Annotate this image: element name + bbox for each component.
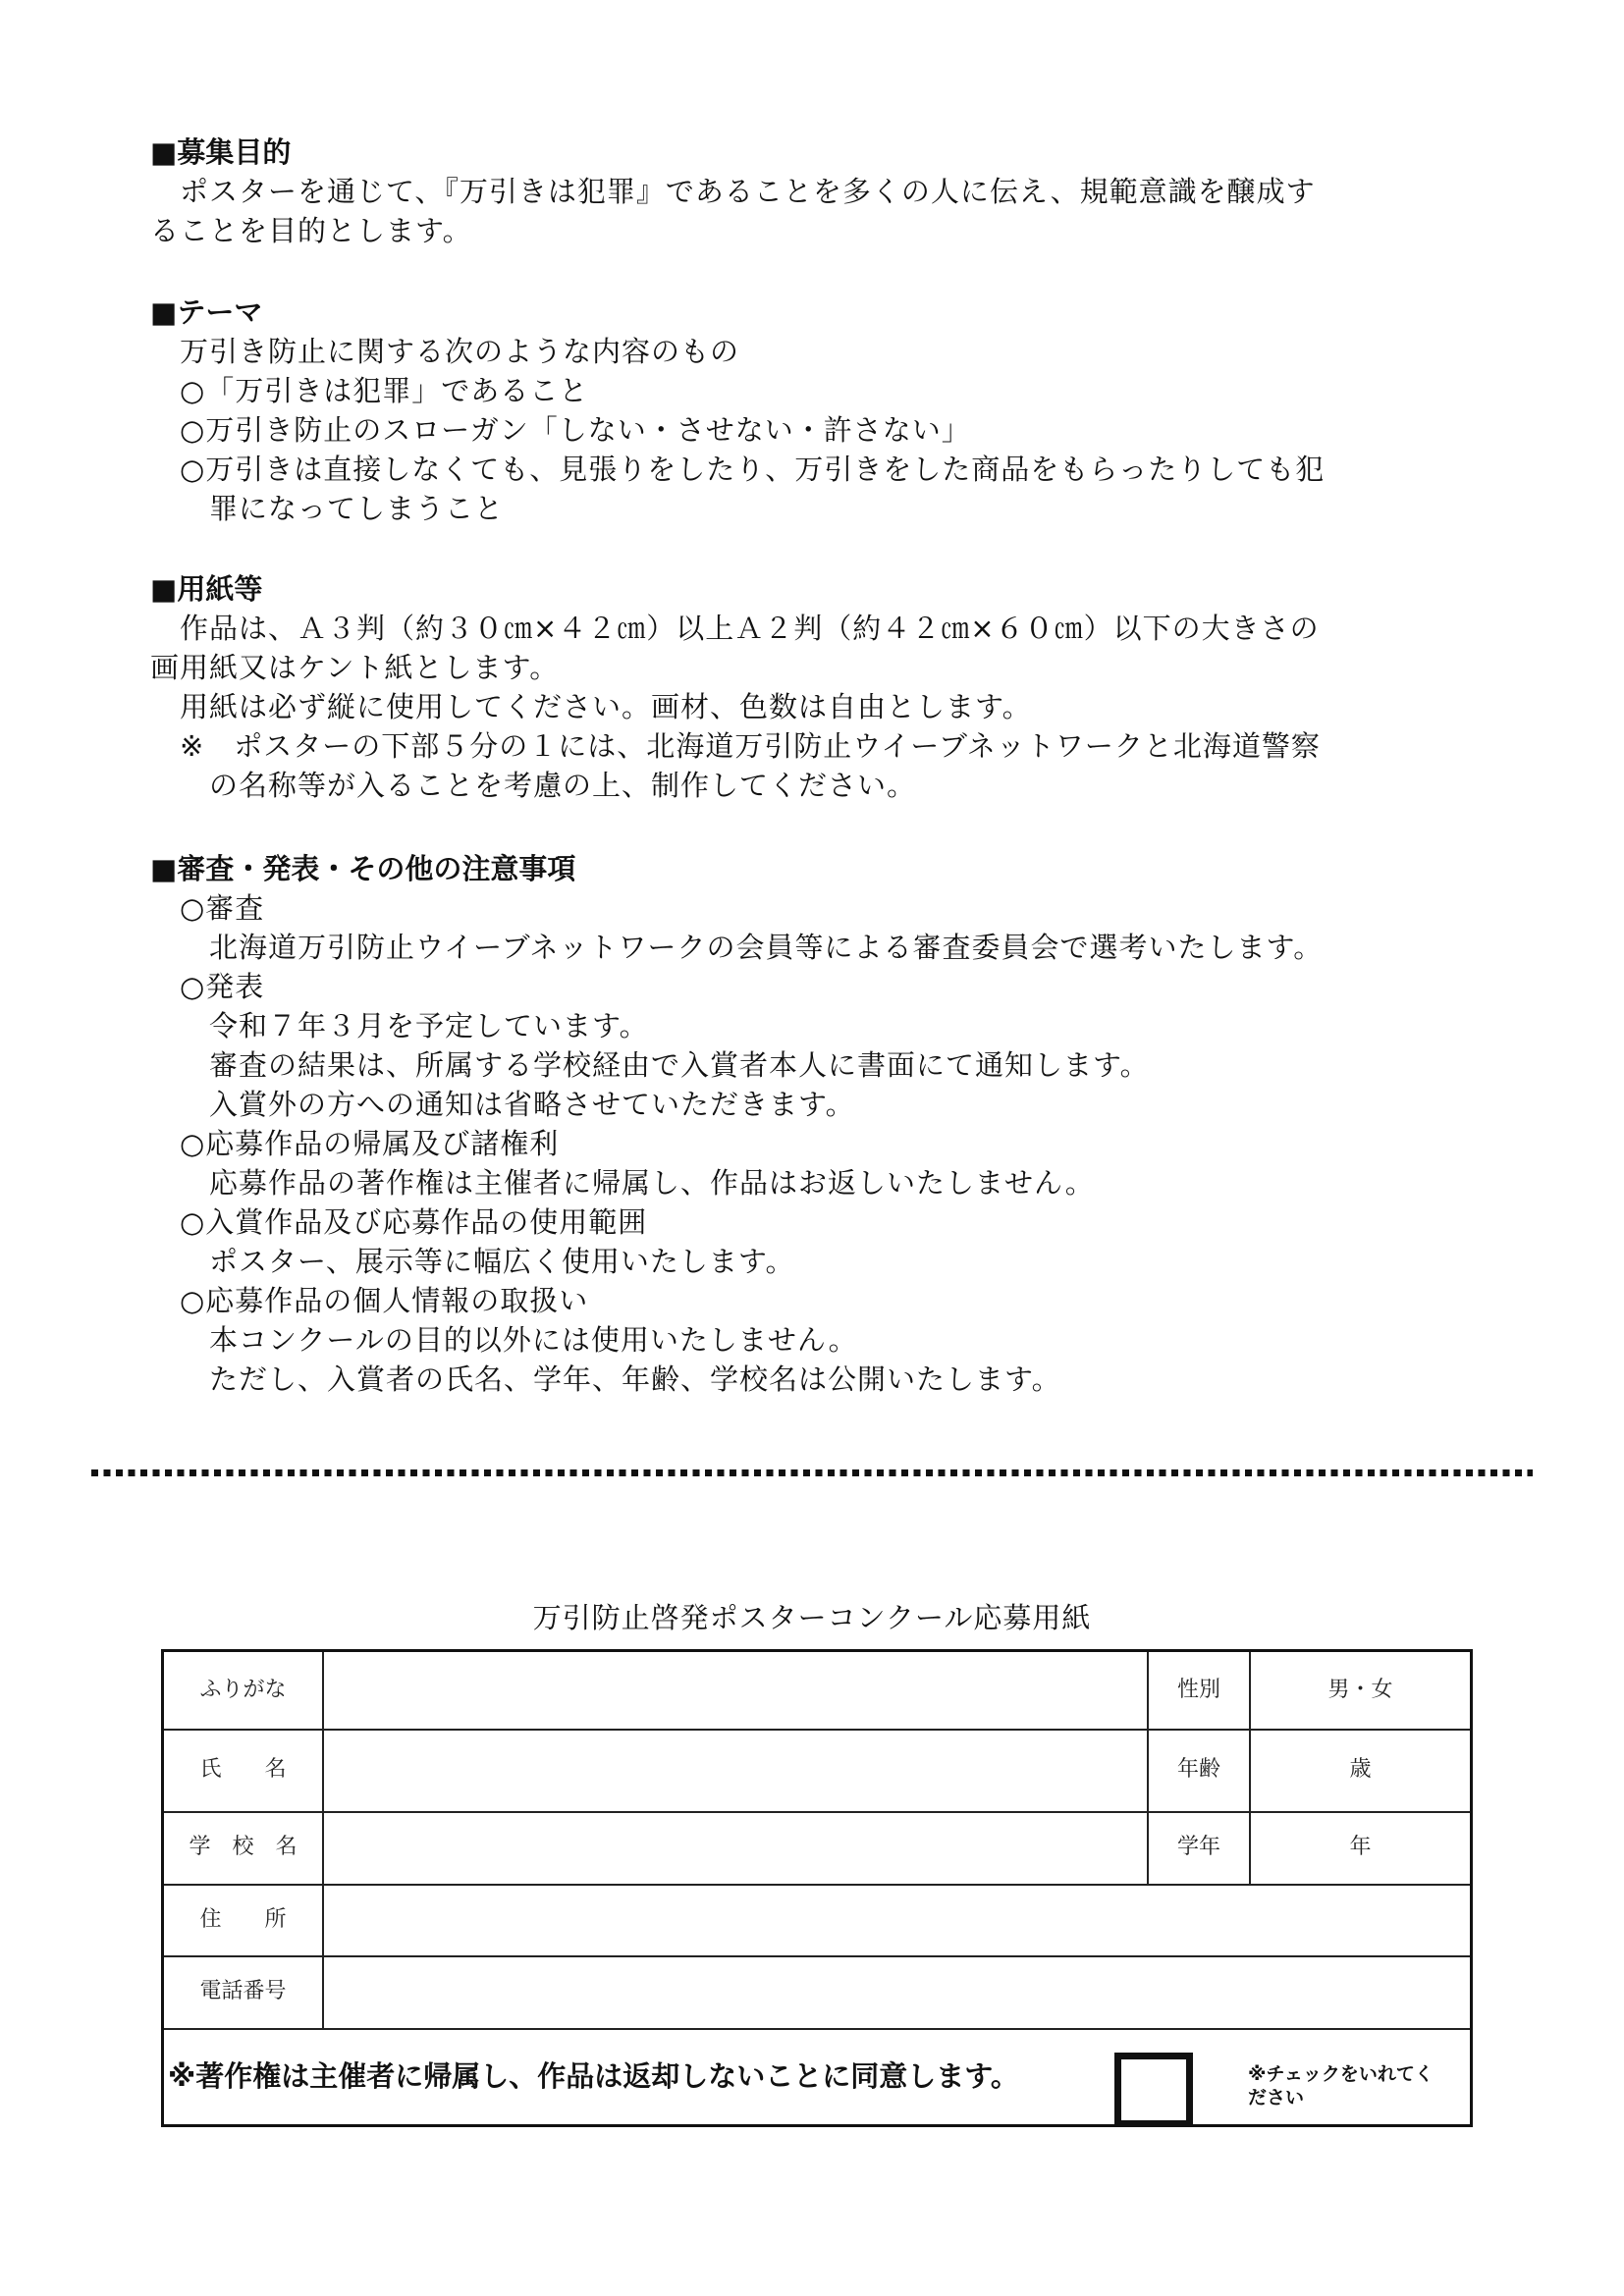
heading-purpose: ■募集目的 <box>150 133 291 172</box>
cut-line-divider <box>91 1469 1533 1476</box>
age-field[interactable]: 歳 <box>1251 1757 1470 1783</box>
heading-paper: ■用紙等 <box>150 569 262 609</box>
review-line-13: ただし、入賞者の氏名、学年、年齢、学校名は公開いたします。 <box>150 1360 1061 1399</box>
address-field[interactable] <box>324 1886 1470 1955</box>
school-field[interactable] <box>324 1813 1147 1884</box>
review-line-8: 応募作品の著作権は主催者に帰属し、作品はお返しいたしません。 <box>150 1163 1095 1202</box>
review-line-5: 審査の結果は、所属する学校経由で入賞者本人に書面にて通知します。 <box>150 1045 1150 1085</box>
theme-line-1: 万引き防止に関する次のような内容のもの <box>150 332 739 371</box>
paper-line-4: ※ ポスターの下部５分の１には、北海道万引防止ウイーブネットワークと北海道警察 <box>150 726 1321 766</box>
label-furigana: ふりがな <box>164 1678 322 1703</box>
review-line-6: 入賞外の方への通知は省略させていただきます。 <box>150 1085 855 1124</box>
furigana-field[interactable] <box>324 1652 1147 1729</box>
paper-line-2: 画用紙又はケント紙とします。 <box>150 648 559 687</box>
purpose-line-1: ポスターを通じて、『万引きは犯罪』であることを多くの人に伝え、規範意識を醸成す <box>150 172 1316 211</box>
review-line-3: ○発表 <box>150 967 264 1006</box>
phone-field[interactable] <box>324 1957 1470 2028</box>
label-address: 住 所 <box>164 1907 322 1933</box>
label-name: 氏 名 <box>164 1757 322 1783</box>
label-grade: 学年 <box>1149 1835 1249 1860</box>
label-age: 年齢 <box>1149 1757 1249 1783</box>
review-line-11: ○応募作品の個人情報の取扱い <box>150 1281 588 1320</box>
purpose-line-2: ることを目的とします。 <box>150 211 472 250</box>
check-note-line-1: ※チェックをいれてく <box>1248 2062 1434 2086</box>
document-page: ■募集目的 ポスターを通じて、『万引きは犯罪』であることを多くの人に伝え、規範意… <box>0 0 1624 2296</box>
review-line-2: 北海道万引防止ウイーブネットワークの会員等による審査委員会で選考いたします。 <box>150 928 1323 967</box>
paper-line-3: 用紙は必ず縦に使用してください。画材、色数は自由とします。 <box>150 687 1032 726</box>
name-field[interactable] <box>324 1731 1147 1811</box>
theme-line-2: ○「万引きは犯罪」であること <box>150 371 588 410</box>
label-phone: 電話番号 <box>164 1979 322 2004</box>
form-title: 万引防止啓発ポスターコンクール応募用紙 <box>0 1598 1624 1637</box>
theme-line-5: 罪になってしまうこと <box>150 489 504 528</box>
heading-review: ■審査・発表・その他の注意事項 <box>150 849 575 888</box>
review-line-7: ○応募作品の帰属及び諸権利 <box>150 1124 559 1163</box>
theme-line-4: ○万引きは直接しなくても、見張りをしたり、万引きをした商品をもらったりしても犯 <box>150 450 1325 489</box>
theme-line-3: ○万引き防止のスローガン「しない・させない・許さない」 <box>150 410 971 450</box>
review-line-1: ○審査 <box>150 888 264 928</box>
grade-field[interactable]: 年 <box>1251 1835 1470 1860</box>
paper-line-5: の名称等が入ることを考慮の上、制作してください。 <box>150 766 916 805</box>
gender-options[interactable]: 男・女 <box>1251 1678 1470 1703</box>
row-divider <box>164 2028 1470 2030</box>
entry-form-table: ふりがな 性別 男・女 氏 名 年齢 歳 学 校 名 学年 年 住 所 電話番号… <box>161 1649 1473 2127</box>
review-line-9: ○入賞作品及び応募作品の使用範囲 <box>150 1202 647 1242</box>
label-gender: 性別 <box>1149 1678 1249 1703</box>
review-line-12: 本コンクールの目的以外には使用いたしません。 <box>150 1320 858 1360</box>
copyright-agreement-text: ※著作権は主催者に帰属し、作品は返却しないことに同意します。 <box>168 2056 1019 2096</box>
heading-theme: ■テーマ <box>150 293 262 332</box>
review-line-4: 令和７年３月を予定しています。 <box>150 1006 649 1045</box>
label-school: 学 校 名 <box>164 1835 322 1860</box>
agreement-checkbox[interactable] <box>1114 2053 1193 2127</box>
paper-line-1: 作品は、Ａ３判（約３０㎝×４２㎝）以上Ａ２判（約４２㎝×６０㎝）以下の大きさの <box>150 609 1320 648</box>
check-note-line-2: ださい <box>1248 2086 1304 2109</box>
review-line-10: ポスター、展示等に幅広く使用いたします。 <box>150 1242 795 1281</box>
